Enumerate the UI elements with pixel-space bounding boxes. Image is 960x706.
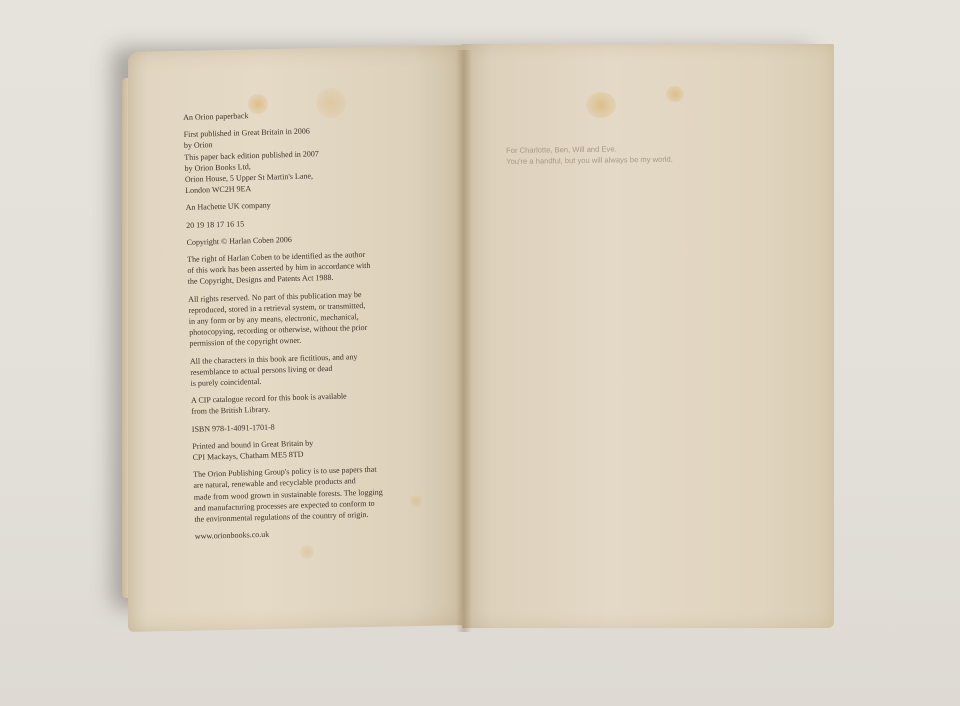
copyright-paragraph: The right of Harlan Coben to be identifi…	[187, 247, 428, 287]
dedication-text: For Charlotte, Ben, Will and Eve. You're…	[506, 142, 746, 167]
book-gutter	[456, 50, 472, 632]
copyright-paragraph: The Orion Publishing Group's policy is t…	[193, 462, 434, 525]
copyright-line: Copyright © Harlan Coben 2006	[186, 230, 426, 248]
dedication-page	[462, 44, 834, 628]
copyright-paragraph: 20 19 18 17 16 15	[186, 213, 426, 231]
copyright-paragraph: ISBN 978-1-4091-1701-8	[192, 417, 432, 435]
copyright-line: An Hachette UK company	[186, 196, 426, 214]
copyright-paragraph: All rights reserved. No part of this pub…	[188, 287, 429, 350]
paper-stain	[300, 545, 314, 559]
copyright-paragraph: Printed and bound in Great Britain byCPI…	[192, 434, 433, 463]
copyright-paragraph: Copyright © Harlan Coben 2006	[186, 230, 426, 248]
copyright-text: An Orion paperbackFirst published in Gre…	[183, 105, 435, 548]
copyright-paragraph: An Hachette UK company	[186, 196, 426, 214]
paper-stain	[586, 92, 616, 118]
copyright-paragraph: All the characters in this book are fict…	[190, 349, 431, 389]
paper-stain	[666, 86, 684, 102]
copyright-paragraph: A CIP catalogue record for this book is …	[191, 388, 432, 417]
copyright-paragraph: www.orionbooks.co.uk	[195, 524, 435, 542]
open-book: An Orion paperbackFirst published in Gre…	[0, 0, 960, 706]
copyright-line: www.orionbooks.co.uk	[195, 524, 435, 542]
copyright-line: ISBN 978-1-4091-1701-8	[192, 417, 432, 435]
copyright-paragraph: First published in Great Britain in 2006…	[183, 122, 425, 196]
copyright-line: 20 19 18 17 16 15	[186, 213, 426, 231]
photo-scene: An Orion paperbackFirst published in Gre…	[0, 0, 960, 706]
